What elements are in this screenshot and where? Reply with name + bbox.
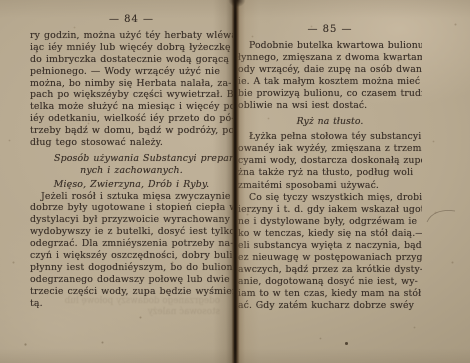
book-scan: — 84 — ry godzin, można użyć téy herbaty… — [0, 0, 470, 363]
scan-vignette — [0, 0, 470, 363]
